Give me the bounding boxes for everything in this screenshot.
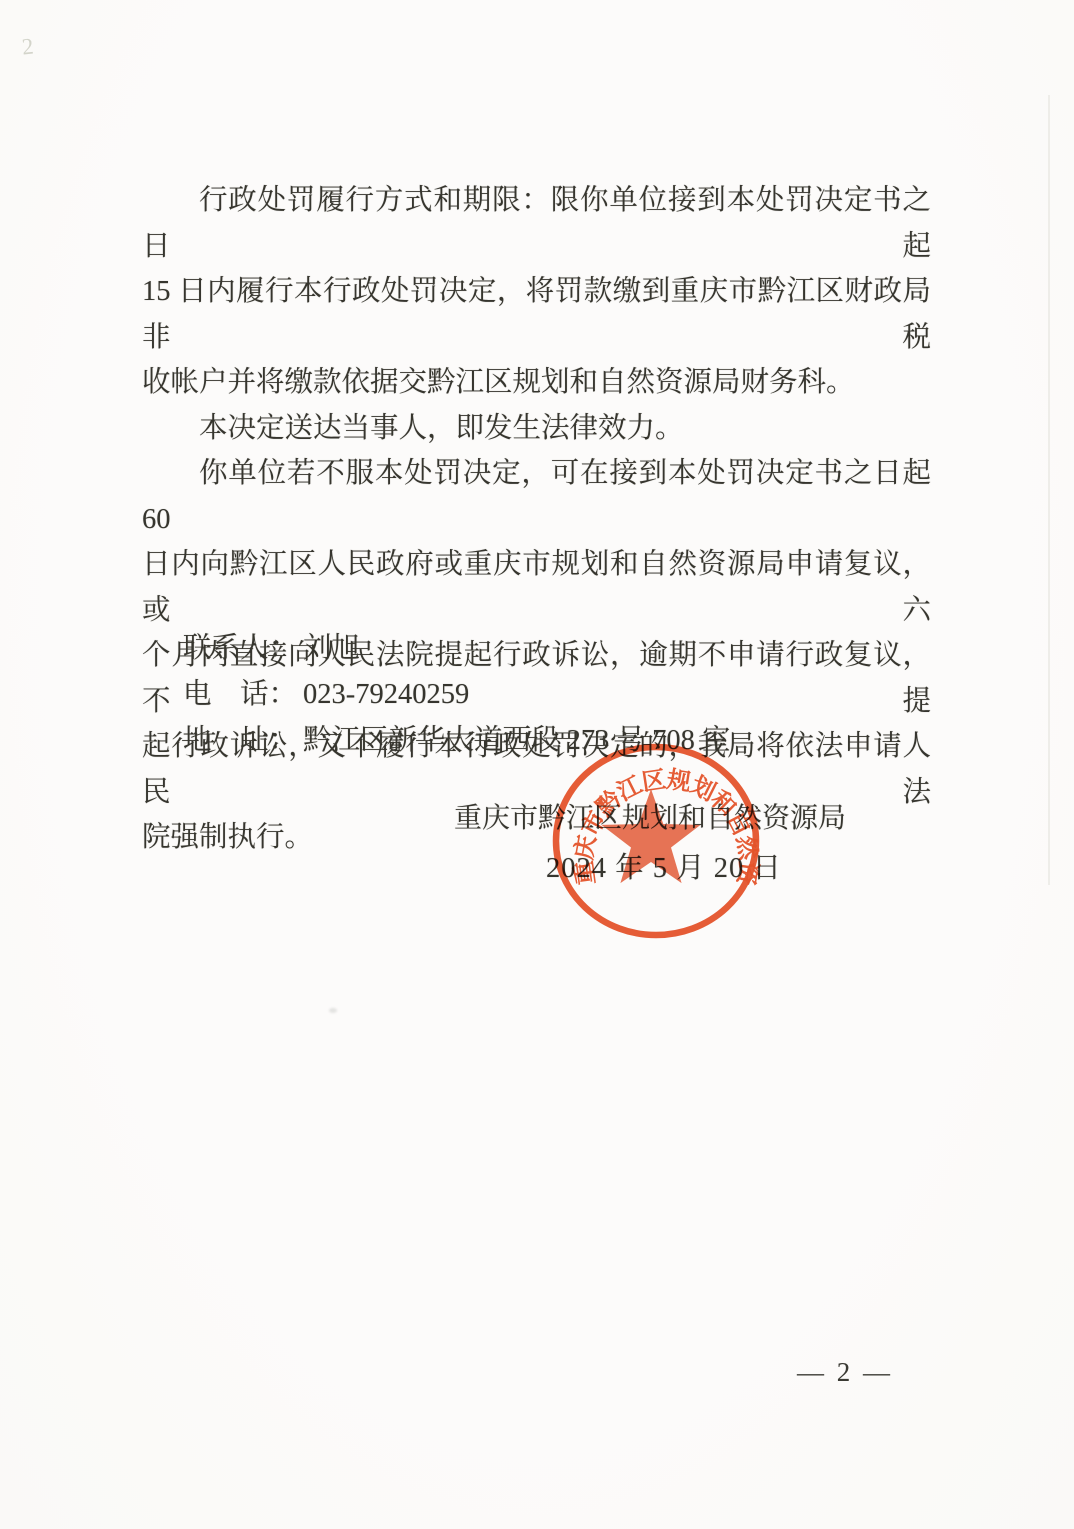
scan-artifact-line (1048, 95, 1050, 885)
scan-artifact-dot (329, 1008, 337, 1013)
contact-phone-label: 电 话： (183, 672, 297, 718)
contact-person-row: 联系人：刘旭 (183, 626, 731, 672)
body-line: 本决定送达当事人，即发生法律效力。 (142, 406, 931, 452)
contact-phone-value: 023-79240259 (303, 672, 469, 718)
scanned-document-page: 2 行政处罚履行方式和期限：限你单位接到本处罚决定书之日起 15 日内履行本行政… (0, 0, 1074, 1529)
body-line: 日内向黔江区人民政府或重庆市规划和自然资源局申请复议，或六 (142, 542, 931, 633)
contact-address-label: 地 址： (183, 718, 297, 764)
contact-phone-row: 电 话：023-79240259 (183, 672, 731, 718)
body-line: 收帐户并将缴款依据交黔江区规划和自然资源局财务科。 (142, 360, 931, 406)
corner-page-mark: 2 (21, 33, 35, 60)
contact-person-value: 刘旭 (303, 626, 360, 672)
official-seal-stamp: 重庆市黔江区规划和自然资源局 (545, 735, 775, 950)
page-number: — 2 — (780, 1357, 910, 1388)
body-line: 你单位若不服本处罚决定，可在接到本处罚决定书之日起 60 (142, 451, 931, 542)
contact-person-label: 联系人： (183, 626, 297, 672)
body-line: 行政处罚履行方式和期限：限你单位接到本处罚决定书之日起 (142, 178, 931, 269)
body-line: 15 日内履行本行政处罚决定，将罚款缴到重庆市黔江区财政局非税 (142, 269, 931, 360)
